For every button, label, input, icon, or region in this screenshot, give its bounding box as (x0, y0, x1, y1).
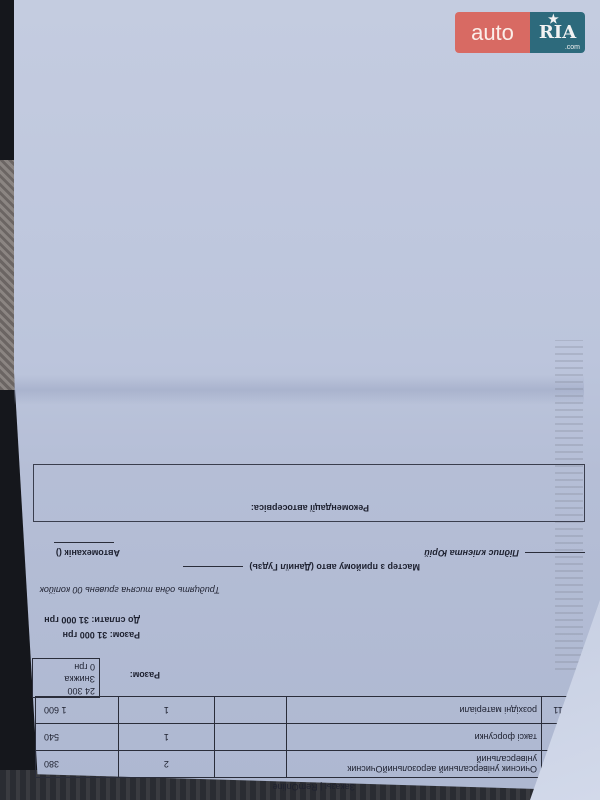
item-name: розхідні матеріали (287, 697, 542, 724)
paper-fold-crease (14, 375, 584, 405)
discount-value: 0 грн (33, 661, 95, 673)
logo-domain: .com (565, 44, 580, 51)
print-header: 16:49 Заказы | RemOnline (20, 776, 580, 798)
master-signature-label: Мастер з прийому авто (Даниїл Гудзь) (249, 562, 420, 572)
recommendations-box: Рекомендації автосервіса: (33, 464, 585, 522)
order-document: 16:49 Заказы | RemOnline 9 Очисник уніве… (0, 450, 600, 800)
item-qty: 2 (119, 751, 215, 778)
item-blank (214, 751, 287, 778)
item-qty: 1 (119, 697, 215, 724)
item-name: Очисник універсальний аерозольнийОчисник… (287, 751, 542, 778)
signature-line (54, 542, 114, 543)
to-pay-line: До сплати: 31 000 грн (44, 615, 140, 625)
table-row: 11 розхідні матеріали 1 1 600 (36, 697, 575, 724)
item-blank (214, 724, 287, 751)
item-qty: 1 (119, 724, 215, 751)
subtotal-value: 24 300 (33, 685, 95, 697)
item-name: таксі форсунки (287, 724, 542, 751)
client-signature: Підпис клієнта Юрій (424, 548, 585, 558)
table-row: 9 Очисник універсальний аерозольнийОчисн… (36, 751, 575, 778)
table-row: 10 таксі форсунки 1 540 (36, 724, 575, 751)
signature-line (183, 566, 243, 567)
master-signature: Мастер з прийому авто (Даниїл Гудзь) (183, 562, 420, 572)
subtotal-box: 24 300 Знижка 0 грн (32, 658, 100, 698)
recommendations-label: Рекомендації автосервіса: (251, 503, 369, 513)
amount-in-words: Тридцять одна тисяча гривень 00 копійок (40, 585, 220, 595)
item-price: 380 (36, 751, 119, 778)
items-table: 9 Очисник універсальний аерозольнийОчисн… (35, 696, 575, 778)
autoria-logo: auto ★ RIA .com (455, 12, 585, 53)
print-app-title: Заказы | RemOnline (273, 782, 355, 792)
subtotal-label: Разом: (130, 670, 160, 680)
mechanic-signature: Автомеханік () (0, 538, 120, 558)
logo-ria-part: ★ RIA .com (530, 12, 585, 53)
item-price: 540 (36, 724, 119, 751)
client-signature-label: Підпис клієнта Юрій (424, 548, 519, 558)
item-price: 1 600 (36, 697, 119, 724)
mechanic-signature-label: Автомеханік () (56, 548, 120, 558)
signature-line (525, 552, 585, 553)
star-icon: ★ (548, 12, 559, 26)
total-line: Разом: 31 000 грн (63, 630, 141, 640)
item-blank (214, 697, 287, 724)
discount-label: Знижка (33, 673, 95, 685)
logo-auto-part: auto (455, 12, 530, 53)
